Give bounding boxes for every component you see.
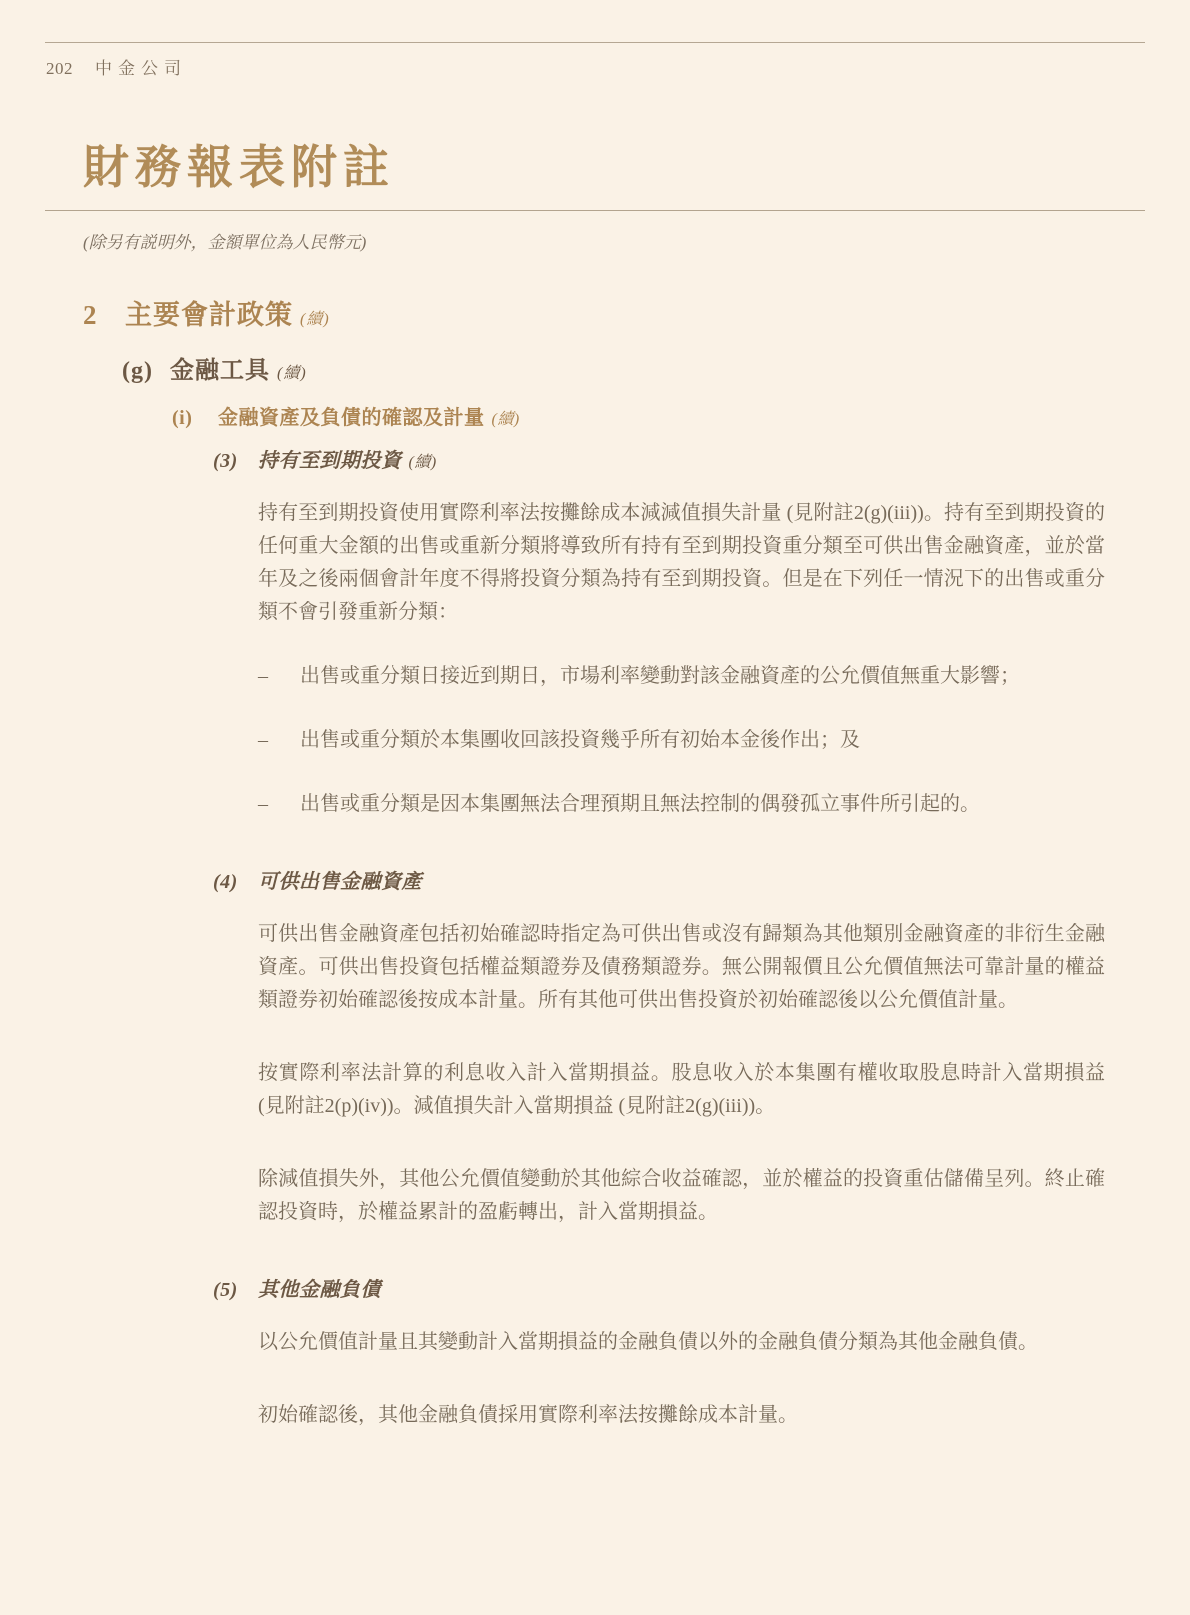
body-paragraph: 按實際利率法計算的利息收入計入當期損益。股息收入於本集團有權收取股息時計入當期損… [258,1057,1105,1123]
continued-label: (續) [300,306,330,329]
subsection-title: 金融工具 [170,350,270,385]
item-number: (5) [213,1279,258,1302]
body-paragraph: 持有至到期投資使用實際利率法按攤餘成本減減值損失計量 (見附註2(g)(iii)… [258,497,1105,629]
item-3-body: 持有至到期投資使用實際利率法按攤餘成本減減值損失計量 (見附註2(g)(iii)… [258,497,1105,821]
body-paragraph: 以公允價值計量且其變動計入當期損益的金融負債以外的金融負債分類為其他金融負債。 [258,1326,1105,1359]
subsection-heading-i: (i) 金融資產及負債的確認及計量 (續) [172,401,1105,430]
document-page: 202中金公司 財務報表附註 (除另有説明外，金額單位為人民幣元) 2 主要會計… [0,0,1190,1615]
section-title: 主要會計政策 [125,293,293,332]
bullet-text: 出售或重分類日接近到期日，市場利率變動對該金融資產的公允價值無重大影響； [300,660,1105,693]
company-name: 中金公司 [95,59,187,78]
title-divider [45,210,1145,211]
item-heading-5: (5) 其他金融負債 [213,1273,1105,1302]
bullet-item: – 出售或重分類於本集團收回該投資幾乎所有初始本金後作出；及 [258,724,1105,757]
continued-label: (續) [492,406,520,429]
section-number: 2 [83,300,125,331]
item-5-body: 以公允價值計量且其變動計入當期損益的金融負債以外的金融負債分類為其他金融負債。 … [258,1326,1105,1432]
item-title: 其他金融負債 [258,1273,381,1302]
item-title: 持有至到期投資 [258,444,402,473]
section-heading-2: 2 主要會計政策 (續) [83,293,1105,332]
page-content: 財務報表附註 (除另有説明外，金額單位為人民幣元) 2 主要會計政策 (續) (… [0,0,1190,1432]
bullet-text: 出售或重分類是因本集團無法合理預期且無法控制的偶發孤立事件所引起的。 [300,788,1105,821]
body-paragraph: 除減值損失外，其他公允價值變動於其他綜合收益確認，並於權益的投資重估儲備呈列。終… [258,1163,1105,1229]
item-4-body: 可供出售金融資產包括初始確認時指定為可供出售或沒有歸類為其他類別金融資產的非衍生… [258,918,1105,1229]
item-heading-3: (3) 持有至到期投資 (續) [213,444,1105,473]
bullet-marker: – [258,788,300,821]
item-number: (4) [213,871,258,894]
continued-label: (續) [409,449,437,472]
bullet-text: 出售或重分類於本集團收回該投資幾乎所有初始本金後作出；及 [300,724,1105,757]
subsection-number: (i) [172,407,218,430]
bullet-item: – 出售或重分類是因本集團無法合理預期且無法控制的偶發孤立事件所引起的。 [258,788,1105,821]
item-title: 可供出售金融資產 [258,865,422,894]
item-heading-4: (4) 可供出售金融資產 [213,865,1105,894]
document-title: 財務報表附註 [83,144,1105,192]
continued-label: (續) [277,360,307,383]
page-number: 202 [46,59,73,78]
units-note: (除另有説明外，金額單位為人民幣元) [83,228,1105,253]
bullet-item: – 出售或重分類日接近到期日，市場利率變動對該金融資產的公允價值無重大影響； [258,660,1105,693]
page-header: 202中金公司 [46,54,187,79]
body-paragraph: 可供出售金融資產包括初始確認時指定為可供出售或沒有歸類為其他類別金融資產的非衍生… [258,918,1105,1017]
bullet-marker: – [258,660,300,693]
subsection-title: 金融資產及負債的確認及計量 [218,401,485,430]
subsection-heading-g: (g) 金融工具 (續) [122,350,1105,385]
bullet-marker: – [258,724,300,757]
header-divider [45,42,1145,43]
subsection-number: (g) [122,358,170,385]
body-paragraph: 初始確認後，其他金融負債採用實際利率法按攤餘成本計量。 [258,1399,1105,1432]
item-number: (3) [213,450,258,473]
